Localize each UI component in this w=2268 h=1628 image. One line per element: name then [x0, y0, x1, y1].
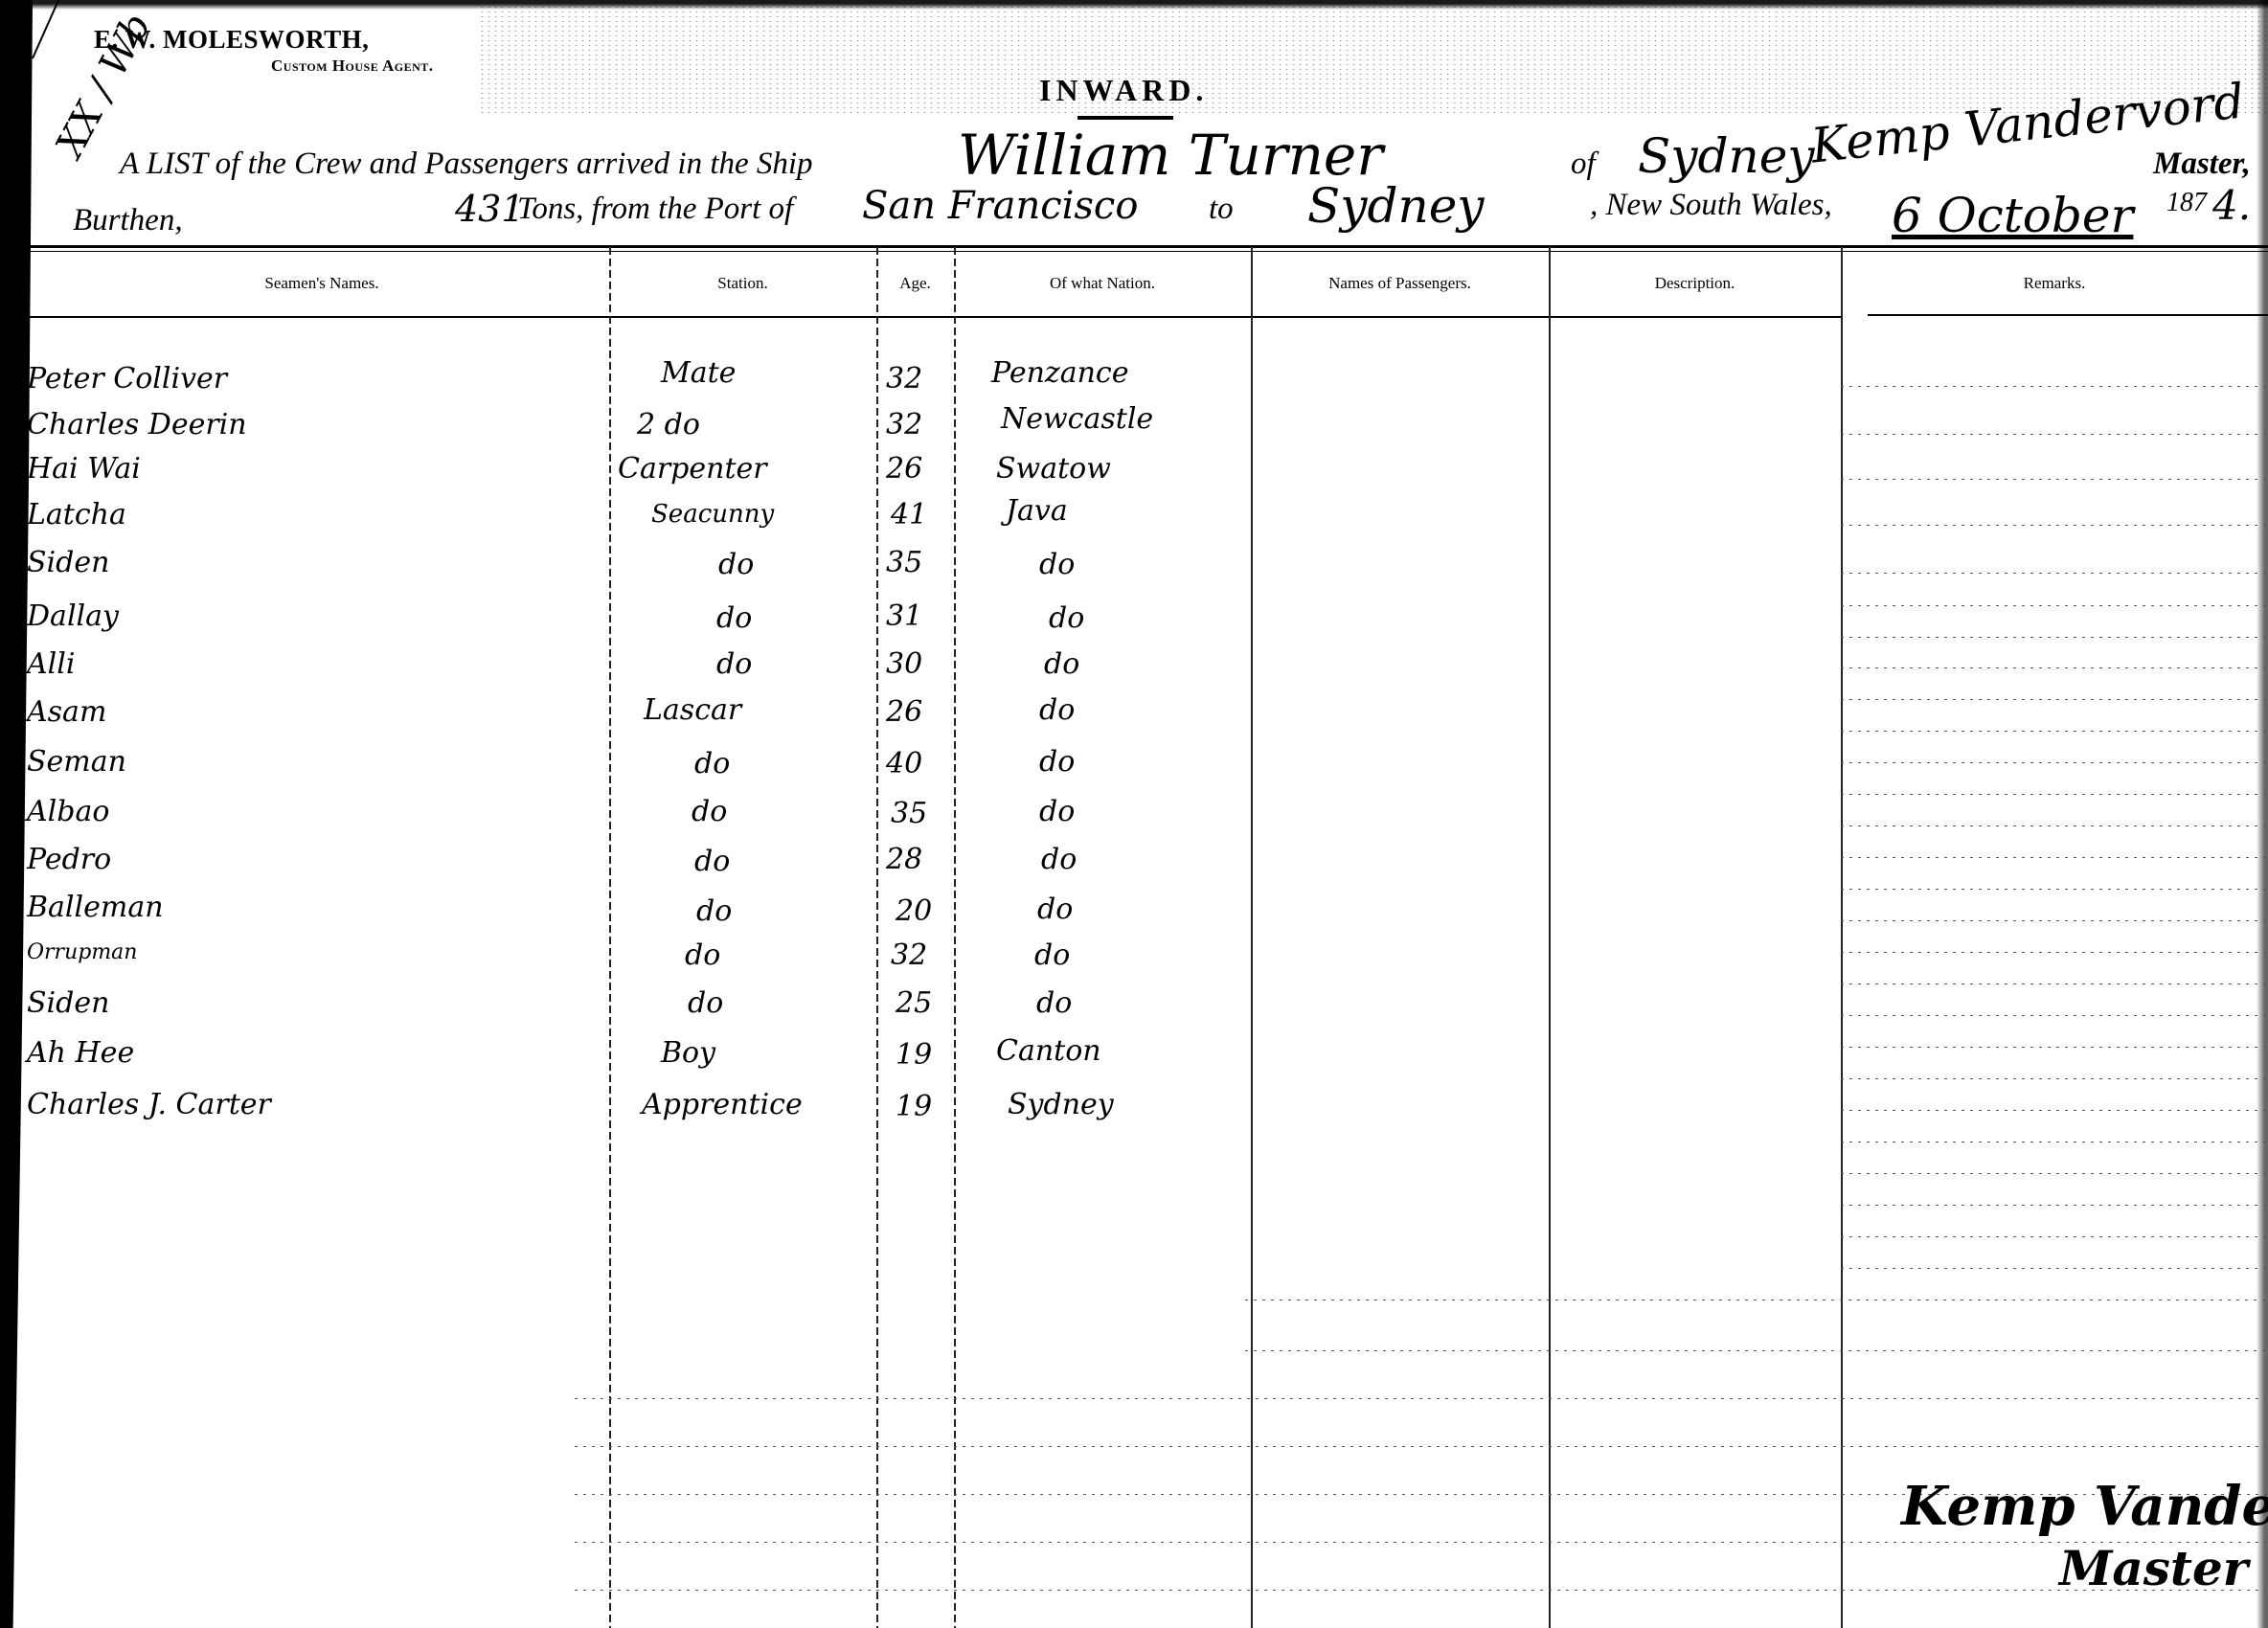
year-suffix: 4.: [2212, 182, 2251, 229]
column-header-passenger-names: Names of Passengers.: [1251, 274, 1549, 293]
station: do: [692, 795, 727, 828]
age: 35: [886, 546, 922, 579]
remarks-rule: [1841, 637, 2268, 638]
nation: do: [1039, 693, 1075, 727]
year-prefix: 187: [2166, 188, 2207, 218]
from-port: San Francisco: [862, 184, 1138, 228]
station: Carpenter: [618, 452, 767, 486]
master-signature-title: Master: [2059, 1540, 2248, 1596]
nation: do: [1041, 843, 1077, 876]
remarks-rule: [1841, 889, 2268, 890]
station: do: [696, 894, 732, 928]
nation: do: [1039, 548, 1075, 581]
seaman-name: Latcha: [27, 498, 126, 531]
age: 32: [891, 938, 927, 972]
age: 19: [896, 1038, 932, 1072]
station: Seacunny: [651, 500, 774, 529]
age: 35: [891, 797, 927, 830]
scan-right-edge: [2257, 0, 2268, 1628]
table-top-rule-thin: [24, 251, 2268, 252]
nation: do: [1037, 893, 1073, 926]
age: 25: [896, 986, 932, 1020]
station: Boy: [661, 1036, 715, 1070]
seaman-name: Siden: [27, 546, 109, 579]
station: Lascar: [644, 693, 741, 727]
remarks-rule: [1841, 1268, 2268, 1269]
nation: do: [1039, 745, 1075, 779]
title-underline: [1077, 116, 1173, 120]
nation: do: [1044, 647, 1079, 681]
column-header-nation: Of what Nation.: [954, 274, 1251, 293]
home-port: Sydney: [1638, 128, 1815, 184]
column-divider: [1841, 247, 1843, 1628]
age: 20: [896, 894, 932, 928]
seaman-name: Siden: [27, 986, 109, 1020]
nation: Newcastle: [1001, 402, 1153, 436]
nation: do: [1036, 986, 1072, 1020]
remarks-rule: [1841, 857, 2268, 858]
remarks-rule: [1841, 920, 2268, 921]
column-header-remarks: Remarks.: [1841, 274, 2268, 293]
seaman-name: Hai Wai: [27, 452, 141, 486]
seaman-name: Balleman: [27, 891, 164, 924]
date-day-month: 6 October: [1892, 188, 2133, 243]
seaman-name: Charles J. Carter: [27, 1088, 271, 1121]
remarks-rule: [1245, 1300, 2268, 1300]
column-header-description: Description.: [1549, 274, 1841, 293]
remarks-rule: [1841, 479, 2268, 480]
burthen-label: Burthen,: [73, 203, 183, 238]
age: 31: [886, 599, 922, 633]
agent-title: Custom House Agent.: [271, 57, 434, 76]
master-label: Master,: [2153, 147, 2251, 182]
tonnage-value: 431: [455, 188, 525, 230]
station: Apprentice: [642, 1088, 803, 1121]
column-divider: [609, 247, 611, 1628]
remarks-rule: [575, 1398, 2268, 1399]
seaman-name: Asam: [27, 695, 106, 729]
table-top-rule: [24, 245, 2268, 248]
remarks-rule: [1841, 731, 2268, 732]
age: 26: [886, 695, 922, 729]
column-header-station: Station.: [609, 274, 876, 293]
nation: do: [1034, 938, 1070, 972]
seaman-name: Peter Colliver: [27, 362, 227, 396]
seaman-name: Seman: [27, 745, 126, 779]
seaman-name: Alli: [27, 647, 75, 681]
seaman-name: Orrupman: [27, 940, 137, 964]
remarks-rule: [1841, 794, 2268, 795]
colony-label: , New South Wales,: [1590, 188, 1832, 223]
nation: Sydney: [1008, 1088, 1114, 1121]
station: do: [716, 647, 752, 681]
station: do: [718, 548, 754, 581]
tons-from-port-label: Tons, from the Port of: [517, 192, 793, 227]
remarks-rule: [1841, 1015, 2268, 1016]
station: do: [685, 938, 720, 972]
list-line-label: A LIST of the Crew and Passengers arrive…: [120, 147, 813, 182]
remarks-rule: [575, 1590, 2268, 1591]
remarks-rule: [1841, 1236, 2268, 1237]
column-divider: [954, 247, 956, 1628]
station: do: [694, 845, 730, 878]
station: do: [716, 601, 752, 635]
age: 19: [896, 1090, 932, 1123]
age: 32: [886, 362, 922, 396]
form-type-title: INWARD.: [1039, 73, 1208, 108]
nation: Penzance: [991, 356, 1128, 390]
remarks-rule: [1841, 984, 2268, 984]
remarks-rule: [1841, 699, 2268, 700]
remarks-rule: [1841, 952, 2268, 953]
age: 26: [886, 452, 922, 486]
column-divider: [876, 247, 878, 1628]
master-signature: Kemp Vandervord: [1901, 1475, 2268, 1538]
remarks-rule: [1841, 434, 2268, 435]
remarks-rule: [1841, 386, 2268, 387]
remarks-rule: [1841, 1173, 2268, 1174]
remarks-rule: [1245, 1350, 2268, 1351]
remarks-rule: [1841, 525, 2268, 526]
remarks-rule: [1841, 1078, 2268, 1079]
nation: Java: [1006, 494, 1068, 528]
station: do: [694, 747, 730, 780]
remarks-rule: [1841, 1047, 2268, 1048]
column-header-age: Age.: [876, 274, 954, 293]
remarks-rule: [1841, 825, 2268, 826]
document-page: E. W. MOLESWORTH, Custom House Agent. XX…: [0, 0, 2268, 1628]
remarks-rule: [1841, 1110, 2268, 1111]
age: 28: [886, 843, 922, 876]
seaman-name: Charles Deerin: [27, 408, 247, 441]
remarks-rule: [1841, 667, 2268, 668]
nation: do: [1049, 601, 1084, 635]
station: do: [688, 986, 723, 1020]
column-divider: [1549, 247, 1551, 1628]
age: 41: [891, 498, 927, 531]
column-divider: [1251, 247, 1253, 1628]
remarks-rule: [575, 1446, 2268, 1447]
of-label: of: [1571, 147, 1596, 182]
age: 40: [886, 747, 922, 780]
remarks-rule: [1841, 1205, 2268, 1206]
column-header-seamens-names: Seamen's Names.: [34, 274, 609, 293]
nation: Canton: [996, 1034, 1101, 1068]
remarks-rule: [1841, 1142, 2268, 1142]
age: 32: [886, 408, 922, 441]
header-bottom-rule: [24, 316, 1842, 318]
to-label: to: [1209, 192, 1234, 227]
remarks-rule: [1841, 605, 2268, 606]
age: 30: [886, 647, 922, 681]
to-port: Sydney: [1307, 178, 1485, 234]
station: 2 do: [637, 408, 700, 441]
station: Mate: [661, 356, 736, 390]
remarks-rule: [575, 1542, 2268, 1543]
nation: Swatow: [996, 452, 1111, 486]
nation: do: [1039, 795, 1075, 828]
remarks-rule: [1841, 573, 2268, 574]
remarks-rule: [1841, 762, 2268, 763]
remarks-header-rule: [1868, 314, 2268, 316]
seaman-name: Albao: [27, 795, 109, 828]
seaman-name: Ah Hee: [27, 1036, 134, 1070]
seaman-name: Dallay: [27, 599, 119, 633]
seaman-name: Pedro: [27, 843, 111, 876]
